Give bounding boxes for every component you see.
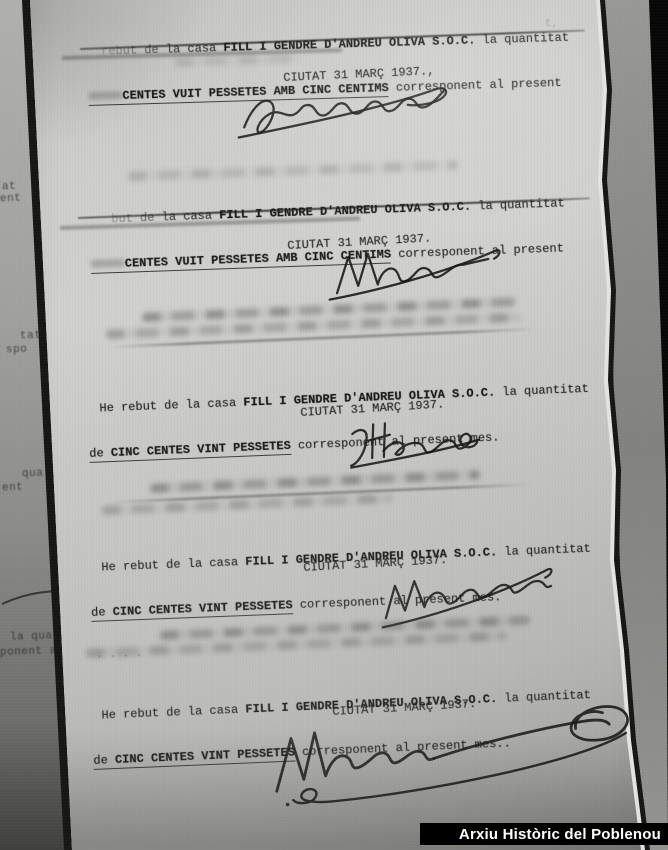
faded-word-smudge: [88, 91, 122, 100]
amount-underlined: de CINC CENTES VINT PESSETES: [91, 598, 293, 622]
receipt-tail: la quantitat: [502, 382, 589, 399]
underlying-text-fragment: spo: [6, 344, 28, 357]
faint-speck-mark: t,: [545, 18, 558, 30]
underlying-text-fragment: at: [2, 181, 17, 193]
underlying-text-fragment: qua: [22, 468, 44, 481]
faint-dots-mark: · · · ·: [96, 650, 143, 664]
archival-photo: at ent tat spo qua ent la qua ponent a r…: [0, 0, 668, 850]
underlying-text-fragment: ent: [0, 193, 22, 206]
underlying-text-fragment: ent: [2, 482, 24, 495]
receipt-lead: He rebut de la casa: [91, 703, 238, 723]
credit-bar: Arxiu Històric del Poblenou: [420, 823, 668, 845]
credit-text: Arxiu Històric del Poblenou: [459, 826, 661, 843]
receipt-lead: He rebut de la casa: [89, 555, 238, 575]
underlying-text-fragment: ponent a: [0, 645, 57, 659]
signature-handwriting: [232, 72, 463, 144]
receipt-lead: He rebut de la casa: [87, 396, 236, 416]
underlying-text-fragment: la qua: [10, 630, 53, 643]
underlying-text-fragment: tat: [20, 330, 42, 343]
amount-underlined: de CINC CENTES VINT PESSETES: [89, 439, 291, 463]
faded-word-smudge: [91, 259, 125, 268]
